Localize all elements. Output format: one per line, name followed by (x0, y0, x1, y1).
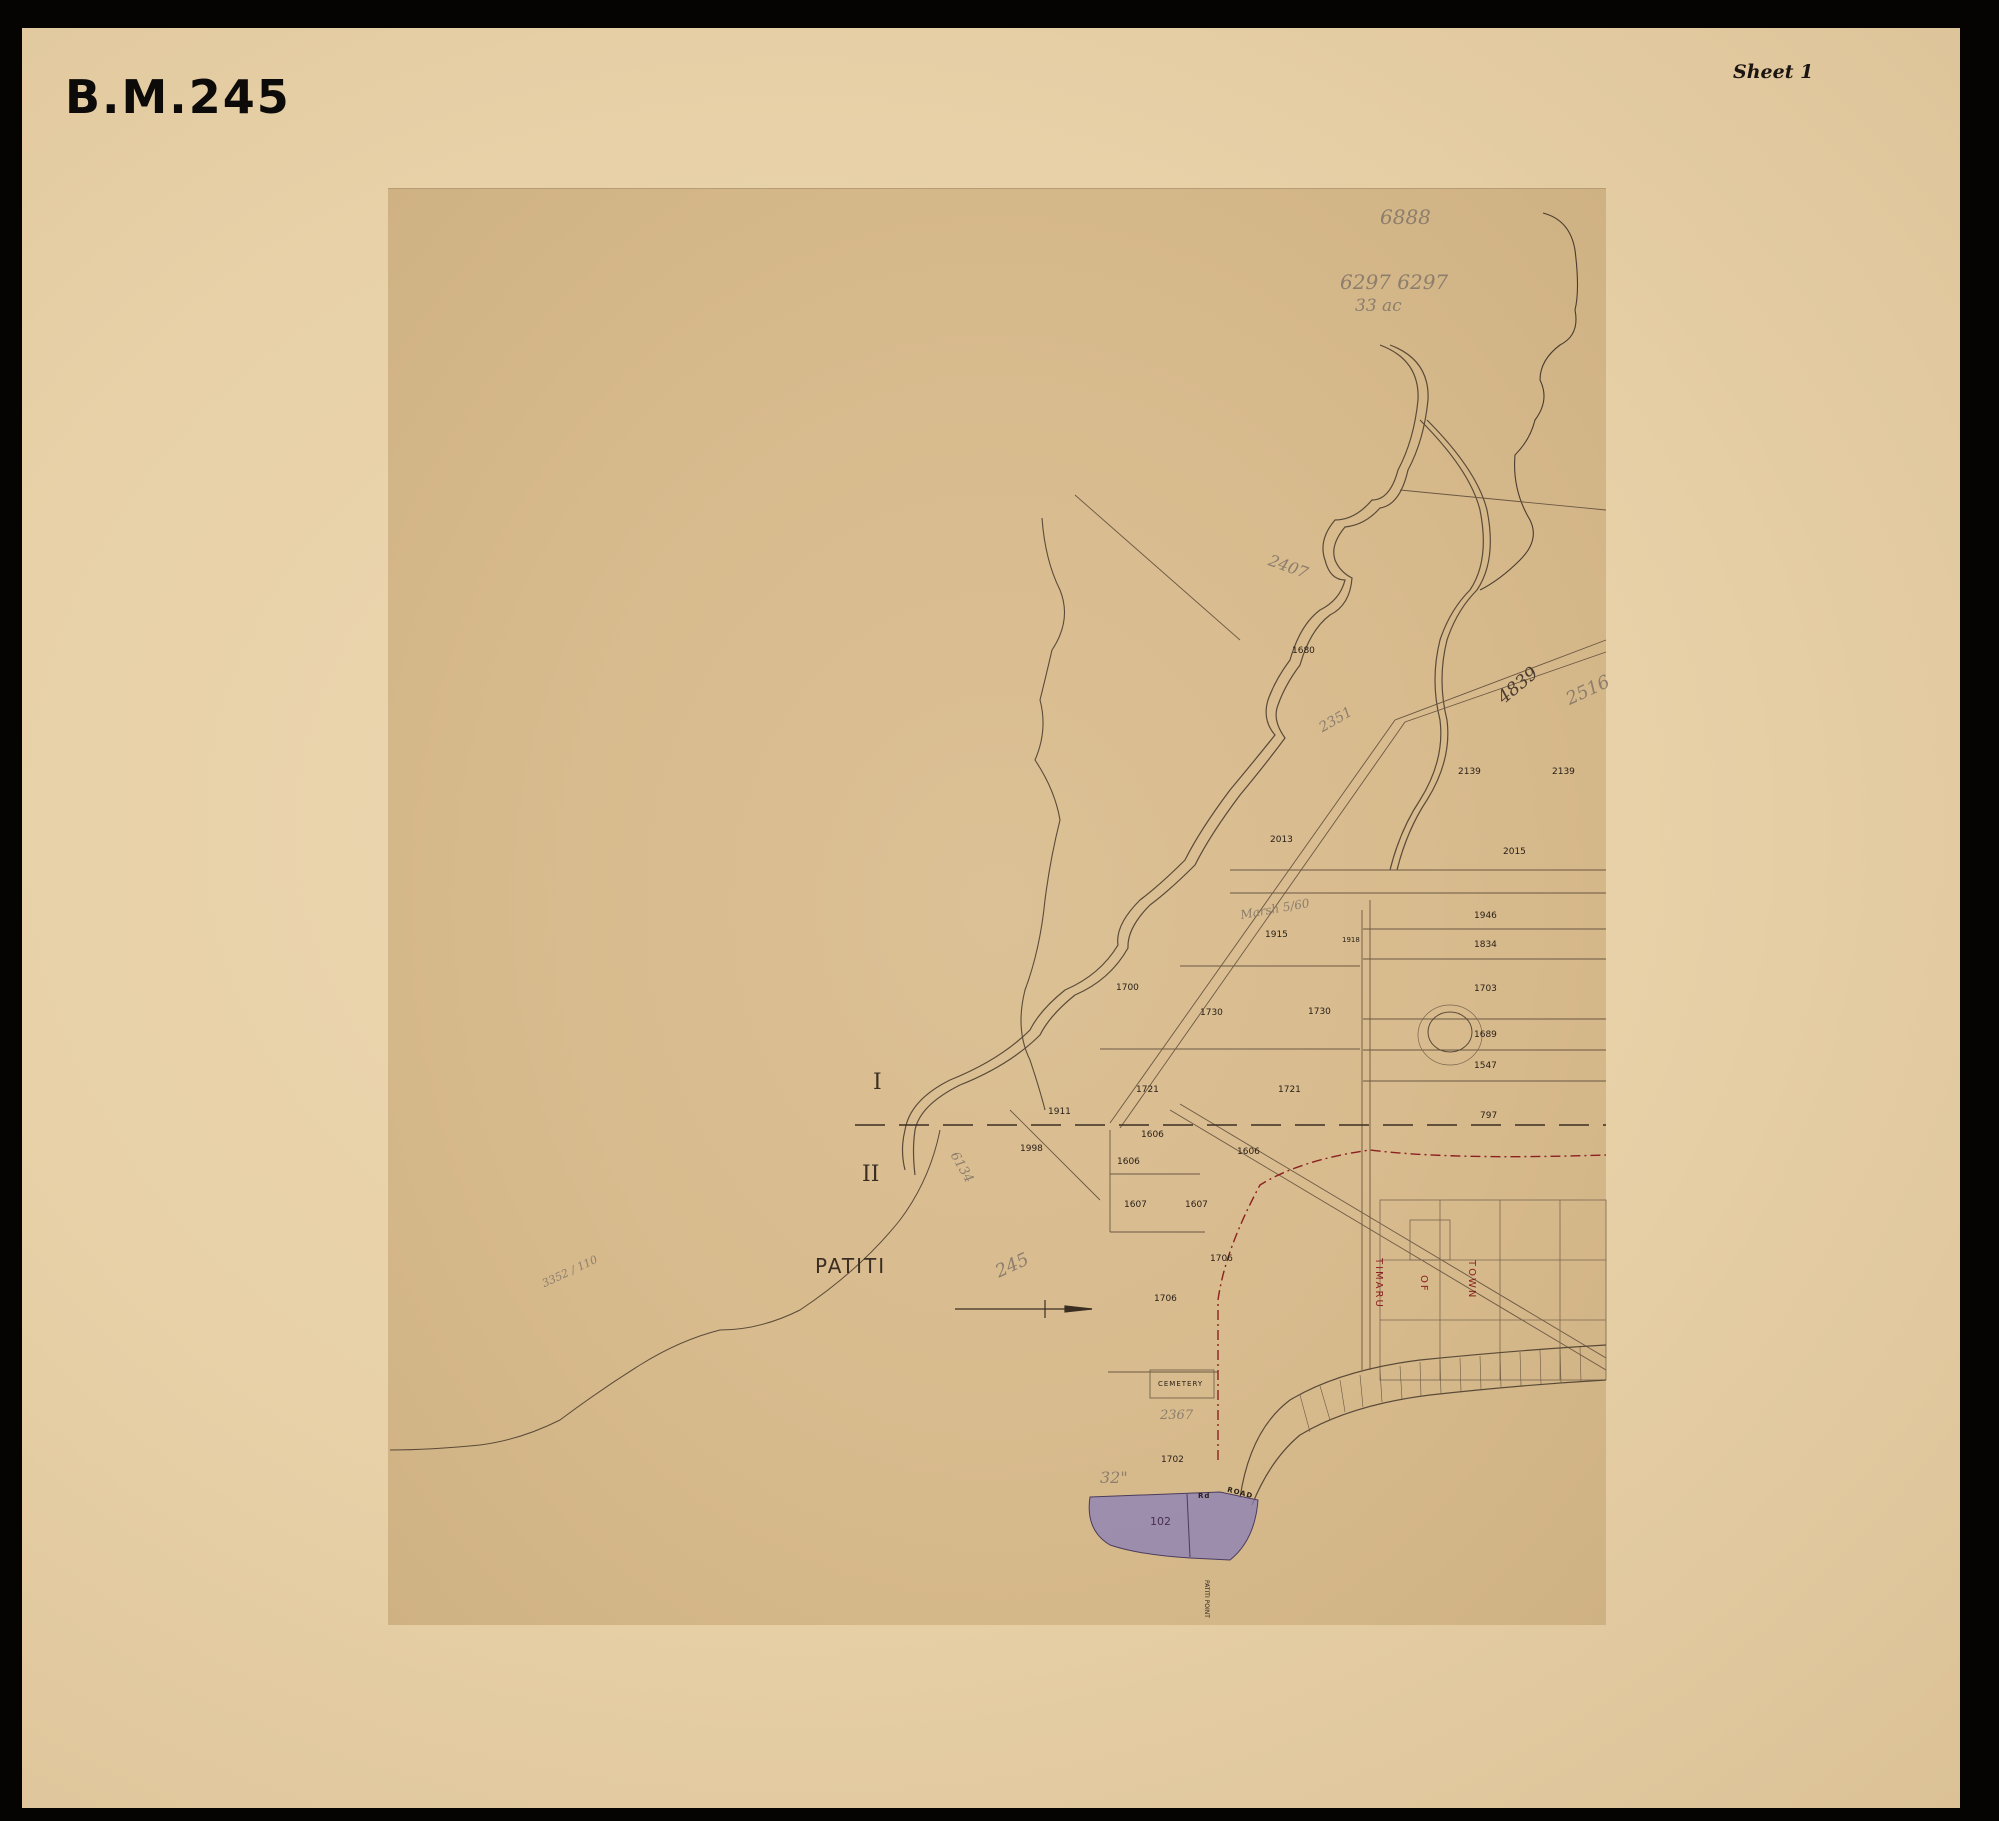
parcel-label: 1606 (1237, 1147, 1260, 1157)
place-label-patiti: PATITI (815, 1254, 886, 1278)
parcel-label: 1607 (1124, 1200, 1147, 1210)
parcel-label: 1607 (1185, 1200, 1208, 1210)
river-icon (903, 345, 1491, 1175)
parcel-label: 2139 (1458, 767, 1481, 777)
place-label-cemetery: CEMETERY (1158, 1380, 1203, 1388)
parcel-label: 1998 (1020, 1144, 1043, 1154)
parcel-label: 1680 (1292, 646, 1315, 656)
pencil-note: 32" (1100, 1468, 1128, 1487)
parcel-label: 1706 (1210, 1254, 1233, 1264)
parcel-label: 1702 (1161, 1455, 1184, 1465)
parcel-label: 1911 (1048, 1107, 1071, 1117)
parcel-label: 1730 (1308, 1007, 1331, 1017)
parcel-label: 1721 (1136, 1085, 1159, 1095)
parcel-label: 1703 (1474, 984, 1497, 994)
parcel-label: 1834 (1474, 940, 1497, 950)
parcel-label: 2139 (1552, 767, 1575, 777)
section-marker-i: I (873, 1070, 882, 1095)
parcel-label: 1689 (1474, 1030, 1497, 1040)
creek-icon (1480, 213, 1578, 590)
parcel-label: 1706 (1154, 1294, 1177, 1304)
parcel-label: 1547 (1474, 1061, 1497, 1071)
town-label-of: OF (1418, 1275, 1429, 1293)
boundary-line (1218, 1150, 1606, 1460)
pond-icon (1428, 1012, 1472, 1052)
parcel-label: 1946 (1474, 911, 1497, 921)
parcel-label: 1915 (1265, 930, 1288, 940)
north-arrow-icon (955, 1300, 1092, 1318)
foreshore-allotments (1300, 1347, 1581, 1432)
parcel-label: 1700 (1116, 983, 1139, 993)
pencil-note: 6888 (1380, 205, 1431, 229)
pencil-note: 6297 6297 (1340, 270, 1448, 294)
parcel-label-102: 102 (1150, 1515, 1171, 1528)
parcel-label: 2015 (1503, 847, 1526, 857)
creek-icon (390, 1130, 940, 1450)
parcel-label: 1918 (1342, 936, 1360, 944)
parcel-label: 2013 (1270, 835, 1293, 845)
pencil-note: 33 ac (1355, 296, 1402, 316)
parcel-label: 1730 (1200, 1008, 1223, 1018)
map-linework (0, 0, 1999, 1821)
parcel-label: 1606 (1141, 1130, 1164, 1140)
parcel-label: 1721 (1278, 1085, 1301, 1095)
parcel-102-highlight (1089, 1492, 1258, 1560)
section-marker-ii: II (862, 1162, 879, 1187)
creek-icon (1021, 518, 1065, 1110)
place-label-rd: Rd (1198, 1492, 1210, 1500)
town-label-timaru: TIMARU (1373, 1258, 1384, 1309)
parcel-label: 1606 (1117, 1157, 1140, 1167)
parcel-label: 797 (1480, 1111, 1497, 1121)
pencil-note: 2367 (1160, 1408, 1193, 1423)
town-label-town: TOWN (1466, 1260, 1477, 1299)
place-label-patiti-point: PATITI POINT (1203, 1580, 1210, 1618)
